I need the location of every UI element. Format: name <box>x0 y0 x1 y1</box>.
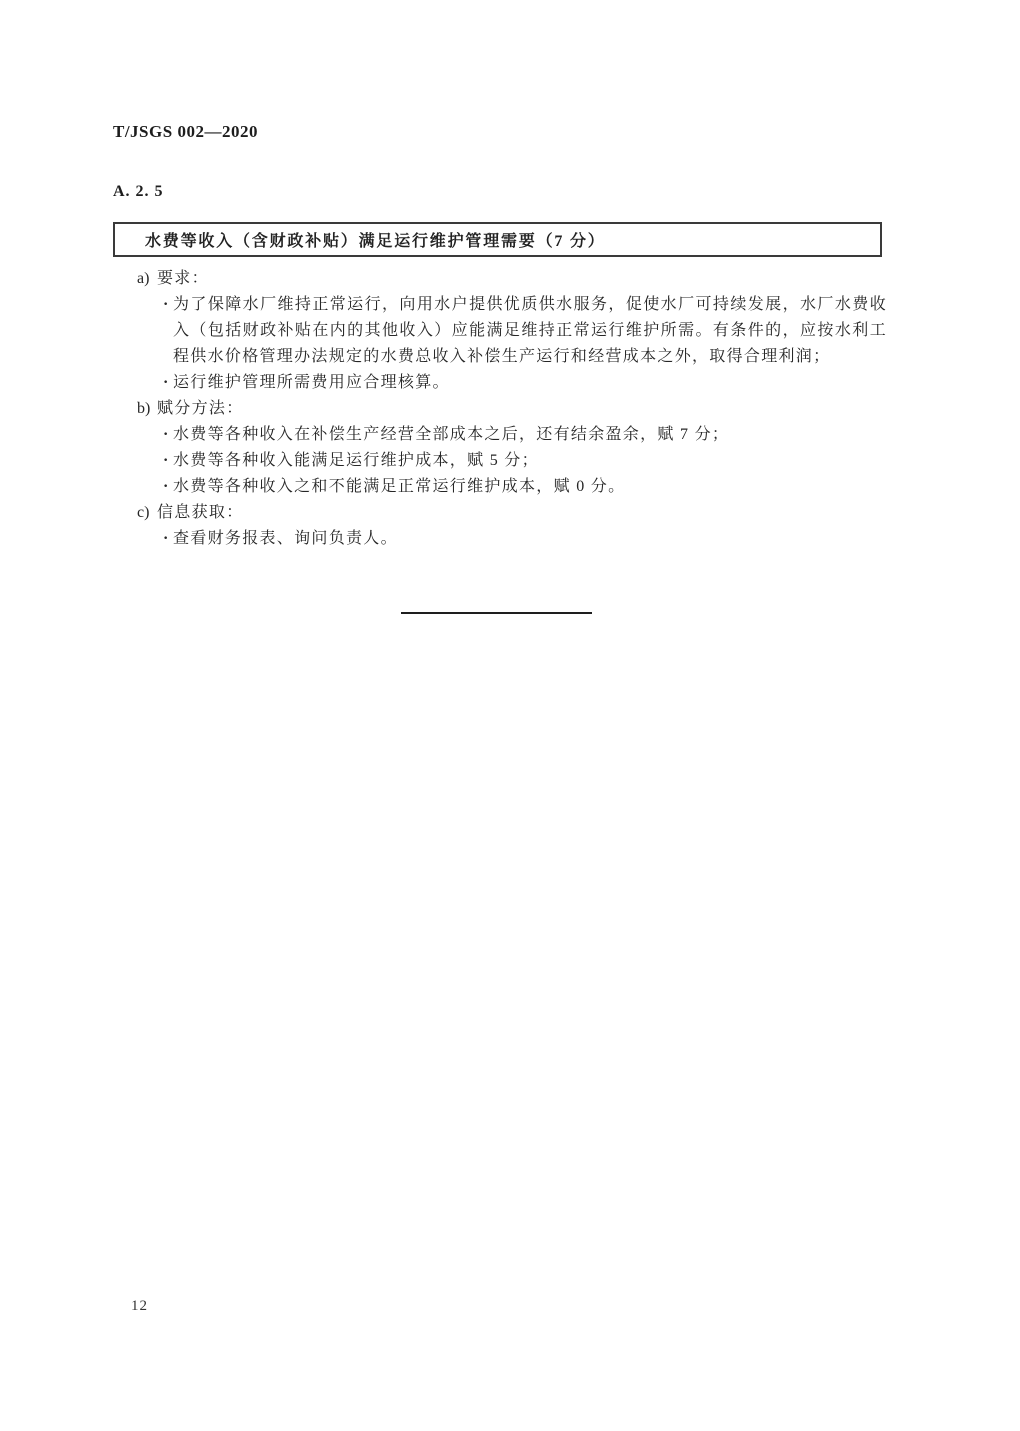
bullet-text: 为了保障水厂维持正常运行，向用水户提供优质供水服务，促使水厂可持续发展，水厂水费… <box>173 296 887 365</box>
bullet-dot-icon: · <box>163 292 168 318</box>
item-heading: b)赋分方法： <box>137 396 887 422</box>
item-heading: c)信息获取： <box>137 500 887 526</box>
item-letter: a) <box>137 266 157 292</box>
bullet-dot-icon: · <box>163 448 168 474</box>
criterion-item-a: a)要求： ·为了保障水厂维持正常运行，向用水户提供优质供水服务，促使水厂可持续… <box>137 266 887 396</box>
bullet-item: ·运行维护管理所需费用应合理核算。 <box>165 370 887 396</box>
bullet-item: ·水费等各种收入之和不能满足正常运行维护成本，赋 0 分。 <box>165 474 887 500</box>
document-page: T/JSGS 002—2020 A. 2. 5 水费等收入（含财政补贴）满足运行… <box>0 0 1020 1431</box>
bullet-text: 水费等各种收入在补偿生产经营全部成本之后，还有结余盈余，赋 7 分； <box>173 426 729 443</box>
bullet-item: ·为了保障水厂维持正常运行，向用水户提供优质供水服务，促使水厂可持续发展，水厂水… <box>165 292 887 370</box>
page-number: 12 <box>131 1298 148 1315</box>
bullet-text: 水费等各种收入之和不能满足正常运行维护成本，赋 0 分。 <box>173 478 625 495</box>
bullet-item: ·水费等各种收入在补偿生产经营全部成本之后，还有结余盈余，赋 7 分； <box>165 422 887 448</box>
criterion-title: 水费等收入（含财政补贴）满足运行维护管理需要（7 分） <box>145 228 606 251</box>
item-label: 信息获取： <box>157 504 244 521</box>
bullet-dot-icon: · <box>163 526 168 552</box>
criterion-item-b: b)赋分方法： ·水费等各种收入在补偿生产经营全部成本之后，还有结余盈余，赋 7… <box>137 396 887 500</box>
item-letter: b) <box>137 396 157 422</box>
item-label: 赋分方法： <box>157 400 244 417</box>
document-code: T/JSGS 002—2020 <box>113 122 258 142</box>
criterion-item-c: c)信息获取： ·查看财务报表、询问负责人。 <box>137 500 887 552</box>
section-end-divider <box>401 612 592 614</box>
bullet-dot-icon: · <box>163 370 168 396</box>
bullet-item: ·查看财务报表、询问负责人。 <box>165 526 887 552</box>
bullet-text: 运行维护管理所需费用应合理核算。 <box>173 374 450 391</box>
item-label: 要求： <box>157 270 209 287</box>
bullet-dot-icon: · <box>163 422 168 448</box>
bullet-text: 查看财务报表、询问负责人。 <box>173 530 398 547</box>
bullet-item: ·水费等各种收入能满足运行维护成本，赋 5 分； <box>165 448 887 474</box>
criterion-title-box: 水费等收入（含财政补贴）满足运行维护管理需要（7 分） <box>113 222 882 257</box>
bullet-dot-icon: · <box>163 474 168 500</box>
item-letter: c) <box>137 500 157 526</box>
section-number: A. 2. 5 <box>113 183 164 201</box>
criterion-body: a)要求： ·为了保障水厂维持正常运行，向用水户提供优质供水服务，促使水厂可持续… <box>137 266 887 552</box>
bullet-text: 水费等各种收入能满足运行维护成本，赋 5 分； <box>173 452 539 469</box>
item-heading: a)要求： <box>137 266 887 292</box>
